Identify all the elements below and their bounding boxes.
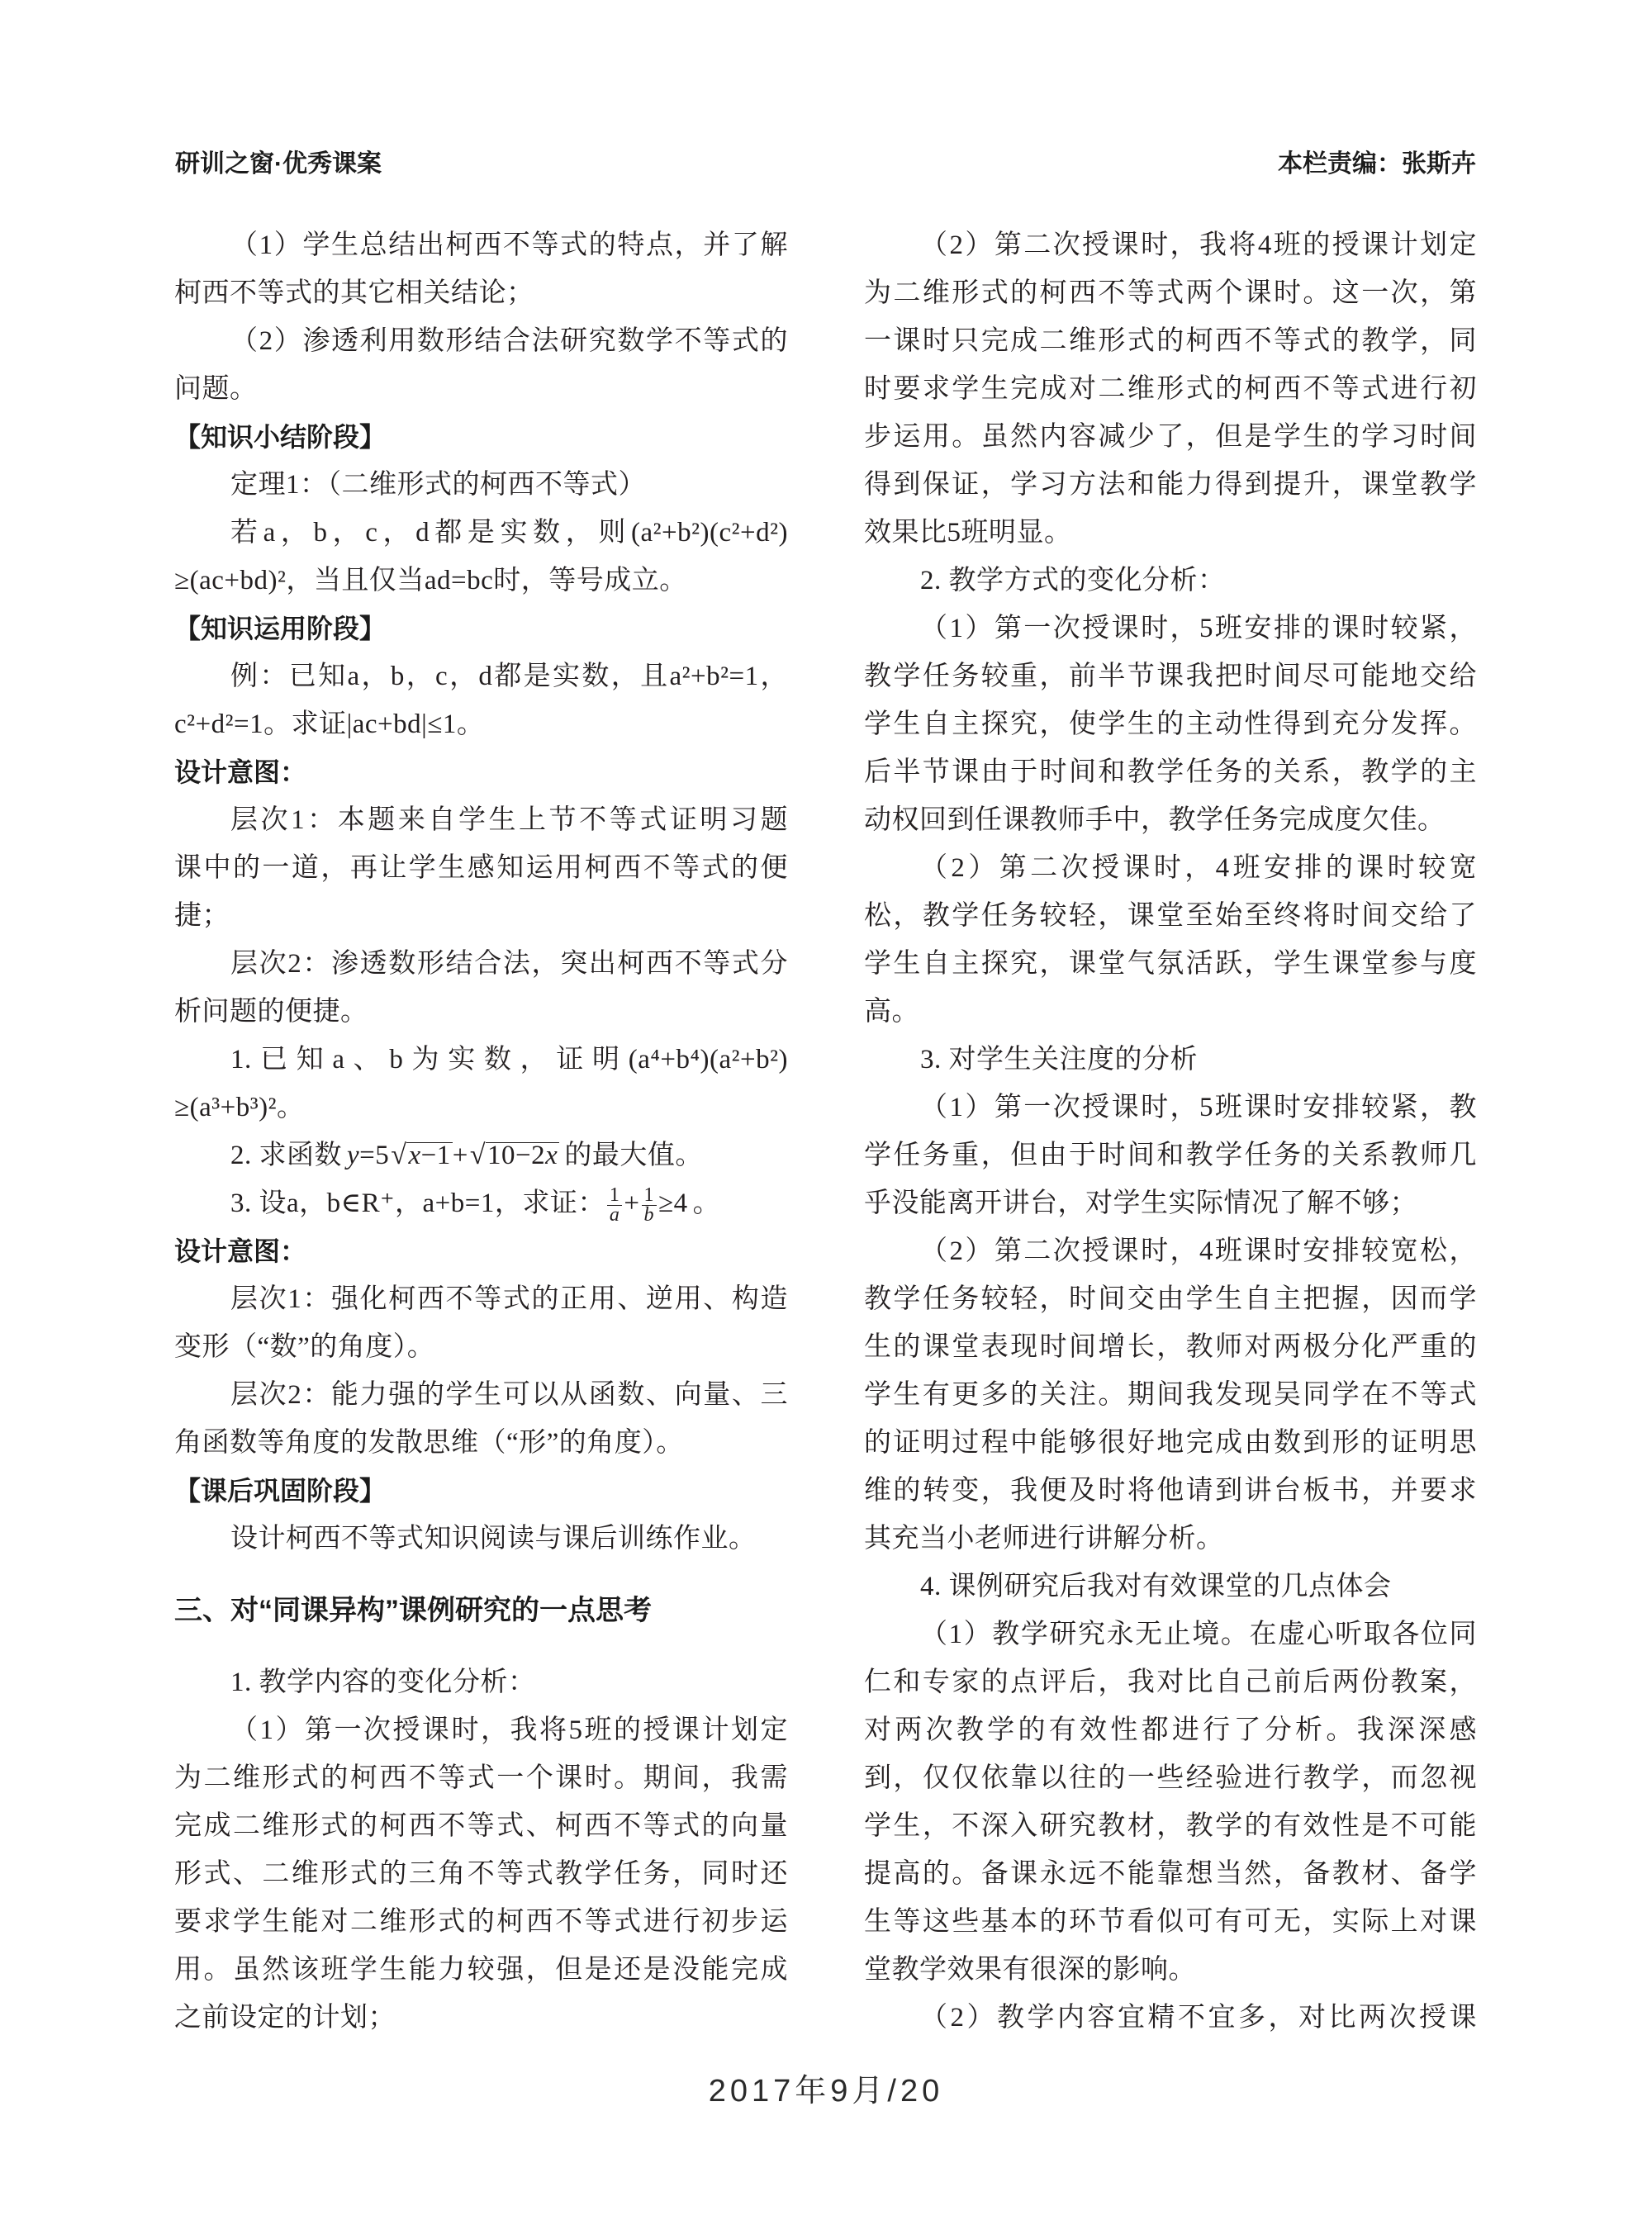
text-line: 角函数等角度的发散思维（“形”的角度）。: [174, 1419, 788, 1467]
fraction-numerator: 1: [642, 1186, 657, 1206]
fraction-denominator: b: [644, 1206, 655, 1225]
text-line: 学生，不深入研究教材，教学的有效性是不可能: [864, 1802, 1477, 1850]
text-line: 形式、二维形式的三角不等式教学任务，同时还: [174, 1850, 788, 1898]
text-line: 乎没能离开讲台，对学生实际情况了解不够；: [864, 1179, 1477, 1227]
text-line: 变形（“数”的角度）。: [174, 1323, 788, 1371]
text-line: 仁和专家的点评后，我对比自己前后两份教案，: [864, 1658, 1477, 1706]
section-heading: 三、对“同课异构”课例研究的一点思考: [174, 1563, 788, 1658]
subheading-knowledge-application: 【知识运用阶段】: [174, 605, 788, 652]
text-line: 用。虽然该班学生能力较强，但是还是没能完成: [174, 1946, 788, 1994]
text-line: （1）第一次授课时，5班课时安排较紧，教: [864, 1084, 1477, 1131]
text-line: 为二维形式的柯西不等式一个课时。期间，我需: [174, 1754, 788, 1802]
text-line: （2）第二次授课时，我将4班的授课计划定: [864, 221, 1477, 269]
text-line: （2）第二次授课时，4班课时安排较宽松，: [864, 1227, 1477, 1275]
numbered-item-title: 3. 对学生关注度的分析: [864, 1036, 1477, 1084]
formula-variable-y: y: [347, 1141, 359, 1170]
text-line: （1）学生总结出柯西不等式的特点，并了解: [174, 221, 788, 269]
text-line: 学任务重，但由于时间和教学任务的关系教师几: [864, 1131, 1477, 1179]
text-line: 维的转变，我便及时将他请到讲台板书，并要求: [864, 1467, 1477, 1515]
text-line: 设计柯西不等式知识阅读与课后训练作业。: [174, 1515, 788, 1563]
text-line: 动权回到任课教师手中，教学任务完成度欠佳。: [864, 796, 1477, 844]
formula-line: c²+d²=1。求证|ac+bd|≤1。: [174, 700, 788, 748]
text-line: 时要求学生完成对二维形式的柯西不等式进行初: [864, 365, 1477, 413]
text-line: 一课时只完成二维形式的柯西不等式的教学，同: [864, 317, 1477, 365]
text-line: （1）第一次授课时，5班安排的课时较紧，: [864, 605, 1477, 652]
fraction-1-over-b: 1b: [642, 1186, 657, 1225]
running-header-section-title: 研训之窗·优秀课案: [175, 149, 382, 180]
page-footer-issue-and-page-number: 2017年9月/20: [0, 2073, 1652, 2109]
radical-symbol: √: [470, 1140, 486, 1170]
fraction-1-over-a: 1a: [607, 1186, 623, 1225]
formula-line: 若a，b，c，d都是实数，则(a²+b²)(c²+d²): [174, 509, 788, 557]
formula-line: ≥(ac+bd)²，当且仅当ad=bc时，等号成立。: [174, 557, 788, 605]
right-column: （2）第二次授课时，我将4班的授课计划定 为二维形式的柯西不等式两个课时。这一次…: [864, 221, 1477, 2042]
radicand-rest: −1: [421, 1141, 451, 1170]
text-line: 步运用。虽然内容减少了，但是学生的学习时间: [864, 413, 1477, 461]
radicand-variable: x: [408, 1141, 420, 1170]
text-line: 生的课堂表现时间增长，教师对两极分化严重的: [864, 1323, 1477, 1371]
text-line: 学生自主探究，课堂气氛活跃，学生课堂参与度: [864, 940, 1477, 988]
fraction-numerator: 1: [607, 1186, 623, 1206]
numbered-item-title: 4. 课例研究后我对有效课堂的几点体会: [864, 1563, 1477, 1611]
subheading-design-intent: 设计意图：: [174, 1227, 788, 1275]
formula-plus: +: [453, 1141, 468, 1170]
text-line: 后半节课由于时间和教学任务的关系，教学的主: [864, 748, 1477, 796]
text-line: 教学任务较轻，时间交由学生自主把握，因而学: [864, 1275, 1477, 1323]
text-line: 生等这些基本的环节看似可有可无，实际上对课: [864, 1898, 1477, 1946]
left-column: （1）学生总结出柯西不等式的特点，并了解 柯西不等式的其它相关结论； （2）渗透…: [174, 221, 788, 2042]
formula-line-max-value: 2. 求函数y=5√x−1+√10−2x的最大值。: [174, 1131, 788, 1179]
formula-line: ≥(a³+b³)²。: [174, 1084, 788, 1131]
radicand-variable: x: [545, 1141, 558, 1170]
text-line: 学生自主探究，使学生的主动性得到充分发挥。: [864, 700, 1477, 748]
subheading-after-class-consolidation: 【课后巩固阶段】: [174, 1467, 788, 1515]
text-line: 为二维形式的柯西不等式两个课时。这一次，第: [864, 269, 1477, 317]
theorem-title: 定理1：（二维形式的柯西不等式）: [174, 461, 788, 509]
text-line: 课中的一道，再让学生感知运用柯西不等式的便: [174, 844, 788, 892]
text-line: 问题。: [174, 365, 788, 413]
text-line: 层次2：能力强的学生可以从函数、向量、三: [174, 1371, 788, 1419]
formula-line: 例：已知a，b，c，d都是实数，且a²+b²=1，: [174, 652, 788, 700]
numbered-item-title: 1. 教学内容的变化分析：: [174, 1658, 788, 1706]
text-line: 松，教学任务较轻，课堂至始至终将时间交给了: [864, 892, 1477, 940]
formula-equals: =5: [359, 1141, 389, 1170]
text-line: （1）教学研究永无止境。在虚心听取各位同: [864, 1611, 1477, 1658]
numbered-item-title: 2. 教学方式的变化分析：: [864, 557, 1477, 605]
text-line: 教学任务较重，前半节课我把时间尽可能地交给: [864, 652, 1477, 700]
text-line: （2）第二次授课时，4班安排的课时较宽: [864, 844, 1477, 892]
text-line: 要求学生能对二维形式的柯西不等式进行初步运: [174, 1898, 788, 1946]
text-line: 到，仅仅依靠以往的一些经验进行教学，而忽视: [864, 1754, 1477, 1802]
formula-prefix: 3. 设a，b∈R⁺，a+b=1，求证：: [230, 1188, 605, 1218]
radicand-rest: 10−2: [487, 1141, 545, 1170]
text-line: 对两次教学的有效性都进行了分析。我深深感: [864, 1706, 1477, 1754]
text-line: 得到保证，学习方法和能力得到提升，课堂教学: [864, 461, 1477, 509]
text-line: 柯西不等式的其它相关结论；: [174, 269, 788, 317]
subheading-knowledge-summary: 【知识小结阶段】: [174, 413, 788, 461]
formula-line-fraction-proof: 3. 设a，b∈R⁺，a+b=1，求证：1a+1b≥4。: [174, 1179, 788, 1227]
text-line: 层次2：渗透数形结合法，突出柯西不等式分: [174, 940, 788, 988]
text-line: 层次1：本题来自学生上节不等式证明习题: [174, 796, 788, 844]
formula-suffix: 。: [693, 1188, 721, 1218]
text-line: 高。: [864, 988, 1477, 1036]
text-line: （2）教学内容宜精不宜多，对比两次授课: [864, 1994, 1477, 2042]
radicand-2: 10−2x: [486, 1142, 559, 1168]
text-line: 完成二维形式的柯西不等式、柯西不等式的向量: [174, 1802, 788, 1850]
formula-plus: +: [624, 1188, 639, 1218]
formula-prefix: 2. 求函数: [230, 1141, 342, 1170]
subheading-design-intent: 设计意图：: [174, 748, 788, 796]
text-line: （2）渗透利用数形结合法研究数学不等式的: [174, 317, 788, 365]
radical-symbol: √: [391, 1140, 406, 1170]
text-line: 堂教学效果有很深的影响。: [864, 1946, 1477, 1994]
formula-suffix: 的最大值。: [564, 1141, 703, 1170]
text-line: 析问题的便捷。: [174, 988, 788, 1036]
text-line: 提高的。备课永远不能靠想当然，备教材、备学: [864, 1850, 1477, 1898]
text-line: 层次1：强化柯西不等式的正用、逆用、构造: [174, 1275, 788, 1323]
text-line: （1）第一次授课时，我将5班的授课计划定: [174, 1706, 788, 1754]
text-line: 捷；: [174, 892, 788, 940]
text-line: 的证明过程中能够很好地完成由数到形的证明思: [864, 1419, 1477, 1467]
text-line: 其充当小老师进行讲解分析。: [864, 1515, 1477, 1563]
fraction-denominator: a: [610, 1206, 620, 1225]
formula-line: 1.已知a、b为实数，证明(a⁴+b⁴)(a²+b²): [174, 1036, 788, 1084]
text-line: 之前设定的计划；: [174, 1994, 788, 2042]
text-line: 学生有更多的关注。期间我发现吴同学在不等式: [864, 1371, 1477, 1419]
formula-relation: ≥4: [658, 1188, 688, 1218]
text-line: 效果比5班明显。: [864, 509, 1477, 557]
running-header-editor-credit: 本栏责编：张斯卉: [1278, 149, 1476, 180]
radicand-1: x−1: [406, 1142, 452, 1168]
